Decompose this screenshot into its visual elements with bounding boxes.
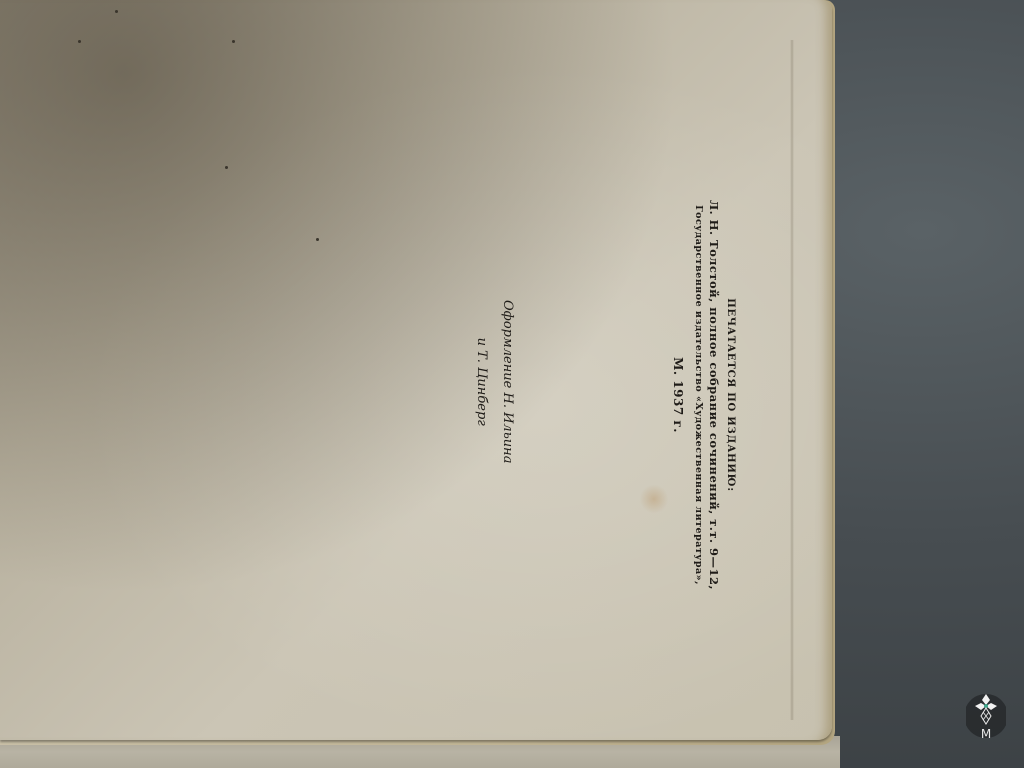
- paper-speck: [316, 238, 319, 241]
- imprint-source: Л. Н. Толстой, полное собрание сочинений…: [706, 200, 722, 590]
- paper-speck: [78, 40, 81, 43]
- paper-stain: [640, 484, 668, 514]
- imprint-block: ПЕЧАТАЕТСЯ ПО ИЗДАНИЮ: Л. Н. Толстой, по…: [670, 200, 738, 590]
- design-credit-line1: Оформление Н. Ильина: [494, 300, 520, 463]
- ornament-m-logo-icon: М: [966, 688, 1006, 748]
- paper-speck: [232, 40, 235, 43]
- paper-speck: [225, 166, 228, 169]
- svg-text:М: М: [981, 727, 991, 741]
- imprint-heading: ПЕЧАТАЕТСЯ ПО ИЗДАНИЮ:: [722, 200, 738, 590]
- page-fold: [790, 40, 794, 720]
- design-credit: Оформление Н. Ильина и Т. Цинберг: [468, 300, 520, 463]
- paper-speck: [115, 10, 118, 13]
- imprint-year: М. 1937 г.: [670, 200, 686, 590]
- book-page: ПЕЧАТАЕТСЯ ПО ИЗДАНИЮ: Л. Н. Толстой, по…: [0, 0, 832, 740]
- imprint-publisher: Государственное издательство «Художестве…: [690, 200, 706, 590]
- design-credit-line2: и Т. Цинберг: [468, 300, 494, 463]
